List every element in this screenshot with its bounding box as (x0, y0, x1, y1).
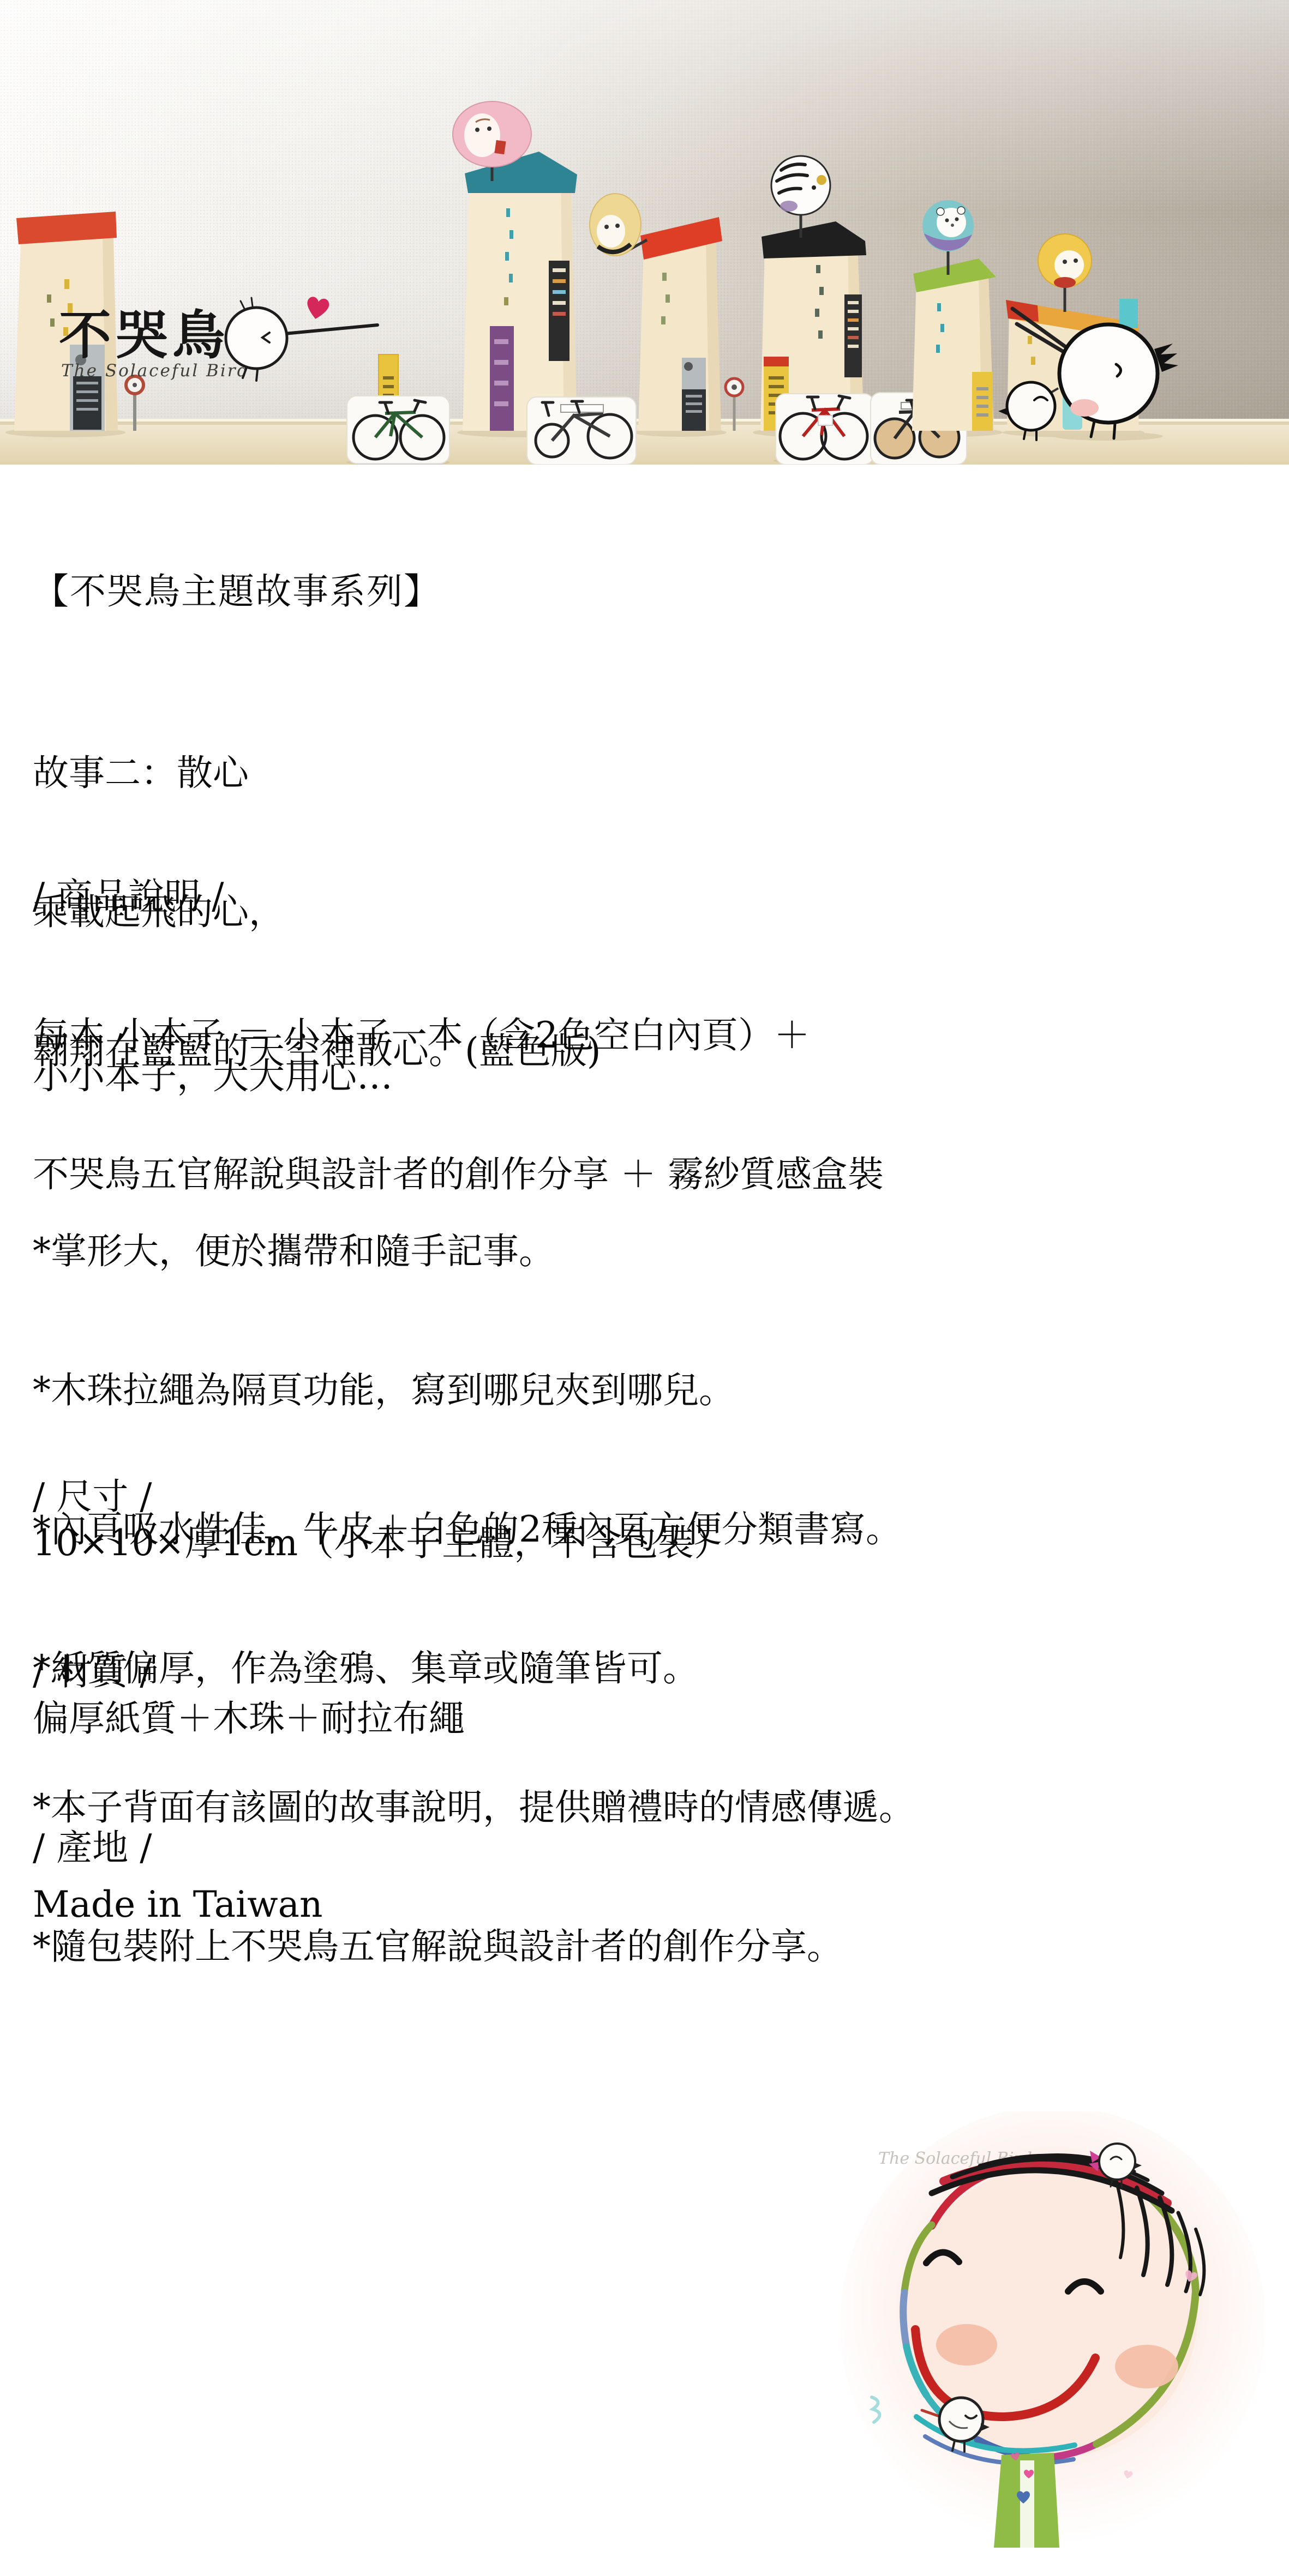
feature-item: *紙質偏厚，作為塗鴉、集章或隨筆皆可。 (33, 1645, 915, 1692)
description-heading: / 商品說明 / (33, 873, 224, 919)
feature-item: *本子背面有該圖的故事說明，提供贈禮時的情感傳遞。 (33, 1784, 915, 1831)
logo-subtitle-text: The Solaceful Bird (61, 361, 249, 381)
series-title: 【不哭鳥主題故事系列】 (33, 568, 441, 615)
gray-bus-sign (682, 358, 706, 431)
feature-item: *掌形大，便於攜帶和隨手記事。 (33, 1228, 915, 1274)
origin-value: Made in Taiwan (33, 1881, 323, 1928)
banner-photo: 不哭鳥 The Solaceful Bird (0, 0, 1289, 465)
size-value: 10×10×厚1cm（小本子主體，不含包裝） (33, 1520, 730, 1566)
material-value: 偏厚紙質＋木珠＋耐拉布繩 (33, 1695, 465, 1742)
black-barcode-sign (844, 294, 862, 377)
smiling-girl-illustration: The Solaceful Bird (840, 2111, 1266, 2548)
description-tagline: 小小本子，大大用心… (33, 1053, 393, 1099)
size-heading: / 尺寸 / (33, 1473, 152, 1520)
origin-heading: / 產地 / (33, 1825, 152, 1871)
story-title: 故事二：散心 (33, 750, 601, 796)
left-cheek (936, 2324, 997, 2366)
feature-item: *隨包裝附上不哭鳥五官解說與設計者的創作分享。 (33, 1923, 915, 1970)
product-detail-page: 不哭鳥 The Solaceful Bird (0, 0, 1289, 2576)
feature-item: *木珠拉繩為隔頁功能，寫到哪兒夾到哪兒。 (33, 1367, 915, 1413)
description-line-1: 每本 小本子 ＝ 小本子一本（含2色空白內頁）＋ (33, 1012, 884, 1058)
yellow-door-sign (972, 372, 993, 431)
cyan-window (1119, 299, 1138, 328)
black-menu-sign (549, 261, 569, 361)
green-shirt (994, 2453, 1059, 2548)
white-folding-bicycle (527, 397, 636, 465)
logo-title-text: 不哭鳥 (59, 304, 229, 366)
material-heading: / 材質 / (33, 1649, 152, 1695)
green-bicycle (347, 396, 449, 464)
right-cheek (1115, 2345, 1178, 2388)
red-bicycle (776, 394, 874, 465)
